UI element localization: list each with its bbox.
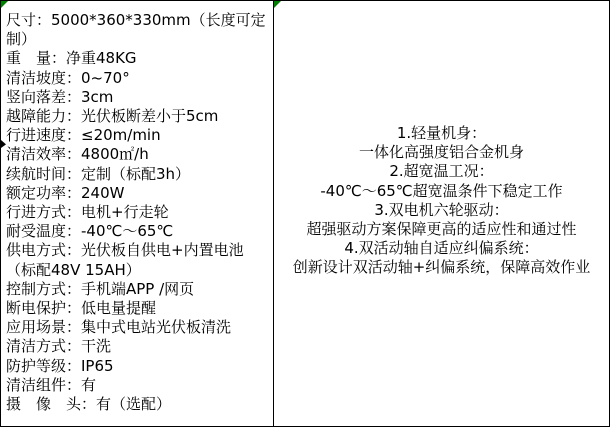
feature-line: 创新设计双活动轴+纠偏系统，保障高效作业 [274,258,609,277]
spec-list: 尺寸：5000*360*330mm（长度可定制）重 量：净重48KG清洁坡度：0… [6,11,271,414]
spec-line: 断电保护：低电量提醒 [6,299,271,318]
feature-line: 2.超宽温工况： [274,162,609,181]
spec-line: 耐受温度：-40℃～65℃ [6,222,271,241]
spec-line: 额定功率：240W [6,184,271,203]
spec-cell-left[interactable]: 尺寸：5000*360*330mm（长度可定制）重 量：净重48KG清洁坡度：0… [1,1,274,426]
feature-line: -40℃～65℃超宽温条件下稳定工作 [274,182,609,201]
spec-line: 重 量：净重48KG [6,49,271,68]
spec-line: 防护等级：IP65 [6,357,271,376]
feature-cell-right[interactable]: 1.轻量机身：一体化高强度铝合金机身2.超宽温工况：-40℃～65℃超宽温条件下… [274,1,609,426]
spec-line: 摄 像 头：有（选配） [6,395,271,414]
feature-list: 1.轻量机身：一体化高强度铝合金机身2.超宽温工况：-40℃～65℃超宽温条件下… [274,124,609,278]
spec-line: 清洁效率：4800㎡/h [6,145,271,164]
spec-sheet: 尺寸：5000*360*330mm（长度可定制）重 量：净重48KG清洁坡度：0… [0,0,610,427]
spec-line: 越障能力：光伏板断差小于5cm [6,107,271,126]
spec-line: 行进方式：电机+行走轮 [6,203,271,222]
feature-line: 3.双电机六轮驱动： [274,201,609,220]
spec-line: 清洁方式：干洗 [6,337,271,356]
feature-line: 1.轻量机身： [274,124,609,143]
feature-line: 超强驱动方案保障更高的适应性和通过性 [274,220,609,239]
feature-line: 4.双活动轴自适应纠偏系统： [274,239,609,258]
spec-line: 续航时间：定制（标配3h） [6,165,271,184]
spec-line: 竖向落差：3cm [6,88,271,107]
spec-line: 尺寸：5000*360*330mm（长度可定制） [6,11,271,49]
spec-line: 行进速度：≤20m/min [6,126,271,145]
spec-line: 清洁坡度：0~70° [6,69,271,88]
cell-error-flag-icon [274,1,281,8]
spec-line: 供电方式：光伏板自供电+内置电池（标配48V 15AH） [6,241,271,279]
feature-line: 一体化高强度铝合金机身 [274,143,609,162]
cell-error-flag-icon [1,1,8,8]
spec-line: 清洁组件：有 [6,376,271,395]
spec-line: 控制方式：手机端APP /网页 [6,280,271,299]
spec-line: 应用场景：集中式电站光伏板清洗 [6,318,271,337]
